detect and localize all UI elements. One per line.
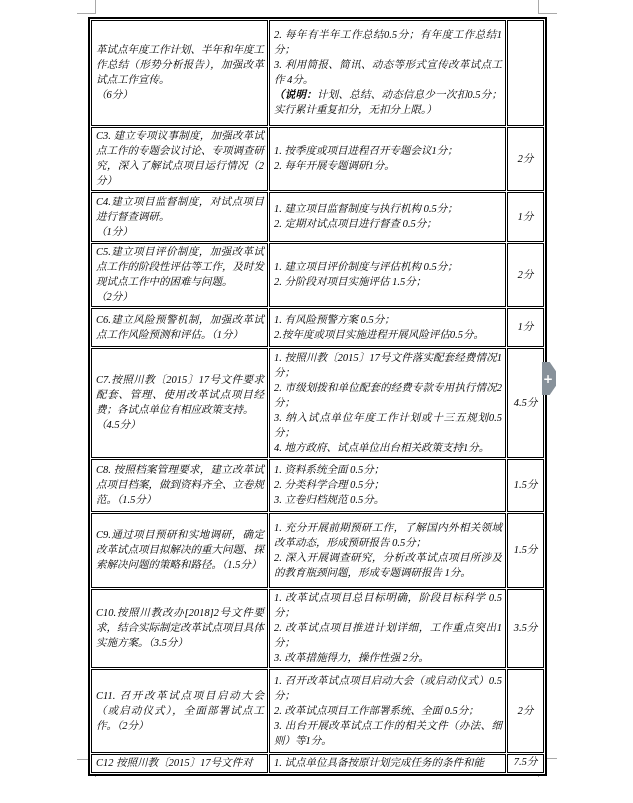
scoring-cell: 1. 建立项目评价制度与评估机构 0.5分； 2. 分阶段对项目实施评估 1.5… [269, 243, 506, 307]
table-row: 革试点年度工作计划、半年和年度工作总结（形势分析报告），加强改革试点工作宣传。 … [91, 20, 544, 126]
score-cell: 1分 [507, 192, 544, 242]
criteria-cell: C5.建立项目评价制度，加强改革试点工作的阶段性评估等工作，及时发现试点工作中的… [91, 243, 268, 307]
crop-mark-top-right [538, 0, 557, 14]
scoring-cell: 1. 按照川教〔2015〕17号文件落实配套经费情况1分； 2. 市级划拨和单位… [269, 348, 506, 458]
criteria-cell: C6.建立风险预警机制，加强改革试点工作风险预测和评估。（1分） [91, 308, 268, 347]
table-row: C3. 建立专项议事制度，加强改革试点工作的专题会议讨论、专项调查研究，深入了解… [91, 127, 544, 191]
table-row: C8. 按照档案管理要求，建立改革试点项目档案，做到资料齐全、立卷规范。（1.5… [91, 459, 544, 512]
score-cell: 1.5分 [507, 459, 544, 512]
criteria-cell: 革试点年度工作计划、半年和年度工作总结（形势分析报告），加强改革试点工作宣传。 … [91, 20, 268, 126]
score-cell [507, 20, 544, 126]
table-row: C9.通过项目预研和实地调研，确定改革试点项目拟解决的重大问题、探索解决问题的策… [91, 513, 544, 588]
criteria-cell: C4.建立项目监督制度，对试点项目进行督查调研。 （1分） [91, 192, 268, 242]
scoring-cell: 1. 建立项目监督制度与执行机构 0.5分； 2. 定期对试点项目进行督查 0.… [269, 192, 506, 242]
plus-icon: + [543, 373, 553, 385]
table-row: C11. 召开改革试点项目启动大会（或启动仪式），全面部署试点工作。（2分） 1… [91, 669, 544, 753]
criteria-cell: C11. 召开改革试点项目启动大会（或启动仪式），全面部署试点工作。（2分） [91, 669, 268, 753]
table-row: C6.建立风险预警机制，加强改革试点工作风险预测和评估。（1分） 1. 有风险预… [91, 308, 544, 347]
criteria-cell: C8. 按照档案管理要求，建立改革试点项目档案，做到资料齐全、立卷规范。（1.5… [91, 459, 268, 512]
scoring-cell: 1. 改革试点项目总目标明确，阶段目标科学 0.5分； 2. 改革试点项目推进计… [269, 589, 506, 668]
scoring-cell: 2. 每年有半年工作总结0.5分；有年度工作总结1分； 3. 利用简报、简讯、动… [269, 20, 506, 126]
scoring-cell: 1. 资料系统全面 0.5分； 2. 分类科学合理 0.5分； 3. 立卷归档规… [269, 459, 506, 512]
criteria-cell: C3. 建立专项议事制度，加强改革试点工作的专题会议讨论、专项调查研究，深入了解… [91, 127, 268, 191]
score-cell: 2分 [507, 243, 544, 307]
scoring-cell: 1. 有风险预警方案 0.5分； 2.按年度或项目实施进程开展风险评估0.5分。 [269, 308, 506, 347]
score-cell: 3.5分 [507, 589, 544, 668]
scoring-cell: 1. 试点单位具备按原计划完成任务的条件和能 [269, 754, 506, 773]
scoring-cell: 1. 充分开展前期预研工作，了解国内外相关领域改革动态，形成预研报告 0.5分；… [269, 513, 506, 588]
criteria-cell: C12 按照川教〔2015〕17号文件对 [91, 754, 268, 773]
crop-mark-top-left [77, 0, 96, 14]
score-cell: 2分 [507, 127, 544, 191]
score-cell: 2分 [507, 669, 544, 753]
table-row: C10.按照川教改办[2018]2号文件要求，结合实际制定改革试点项目具体实施方… [91, 589, 544, 668]
scoring-cell: 1. 召开改革试点项目启动大会（或启动仪式）0.5分； 2. 改革试点项目工作部… [269, 669, 506, 753]
score-cell: 4.5分 [507, 348, 544, 458]
score-cell: 7.5分 [507, 754, 544, 773]
table-row: C5.建立项目评价制度，加强改革试点工作的阶段性评估等工作，及时发现试点工作中的… [91, 243, 544, 307]
table-row: C12 按照川教〔2015〕17号文件对 1. 试点单位具备按原计划完成任务的条… [91, 754, 544, 773]
scoring-text: 2. 每年有半年工作总结0.5分；有年度工作总结1分； 3. 利用简报、简讯、动… [274, 30, 502, 86]
criteria-cell: C7.按照川教〔2015〕17号文件要求配套、管理、使用改革试点项目经费；各试点… [91, 348, 268, 458]
table-row: C4.建立项目监督制度，对试点项目进行督查调研。 （1分） 1. 建立项目监督制… [91, 192, 544, 242]
criteria-cell: C9.通过项目预研和实地调研，确定改革试点项目拟解决的重大问题、探索解决问题的策… [91, 513, 268, 588]
score-cell: 1.5分 [507, 513, 544, 588]
note-prefix: （说明： [274, 90, 317, 101]
evaluation-table: 革试点年度工作计划、半年和年度工作总结（形势分析报告），加强改革试点工作宣传。 … [88, 17, 547, 776]
scoring-cell: 1. 按季度或项目进程召开专题会议1分； 2. 每年开展专题调研1分。 [269, 127, 506, 191]
score-cell: 1分 [507, 308, 544, 347]
table-insert-handle-tab[interactable]: + [542, 362, 556, 395]
criteria-cell: C10.按照川教改办[2018]2号文件要求，结合实际制定改革试点项目具体实施方… [91, 589, 268, 668]
table-row: C7.按照川教〔2015〕17号文件要求配套、管理、使用改革试点项目经费；各试点… [91, 348, 544, 458]
